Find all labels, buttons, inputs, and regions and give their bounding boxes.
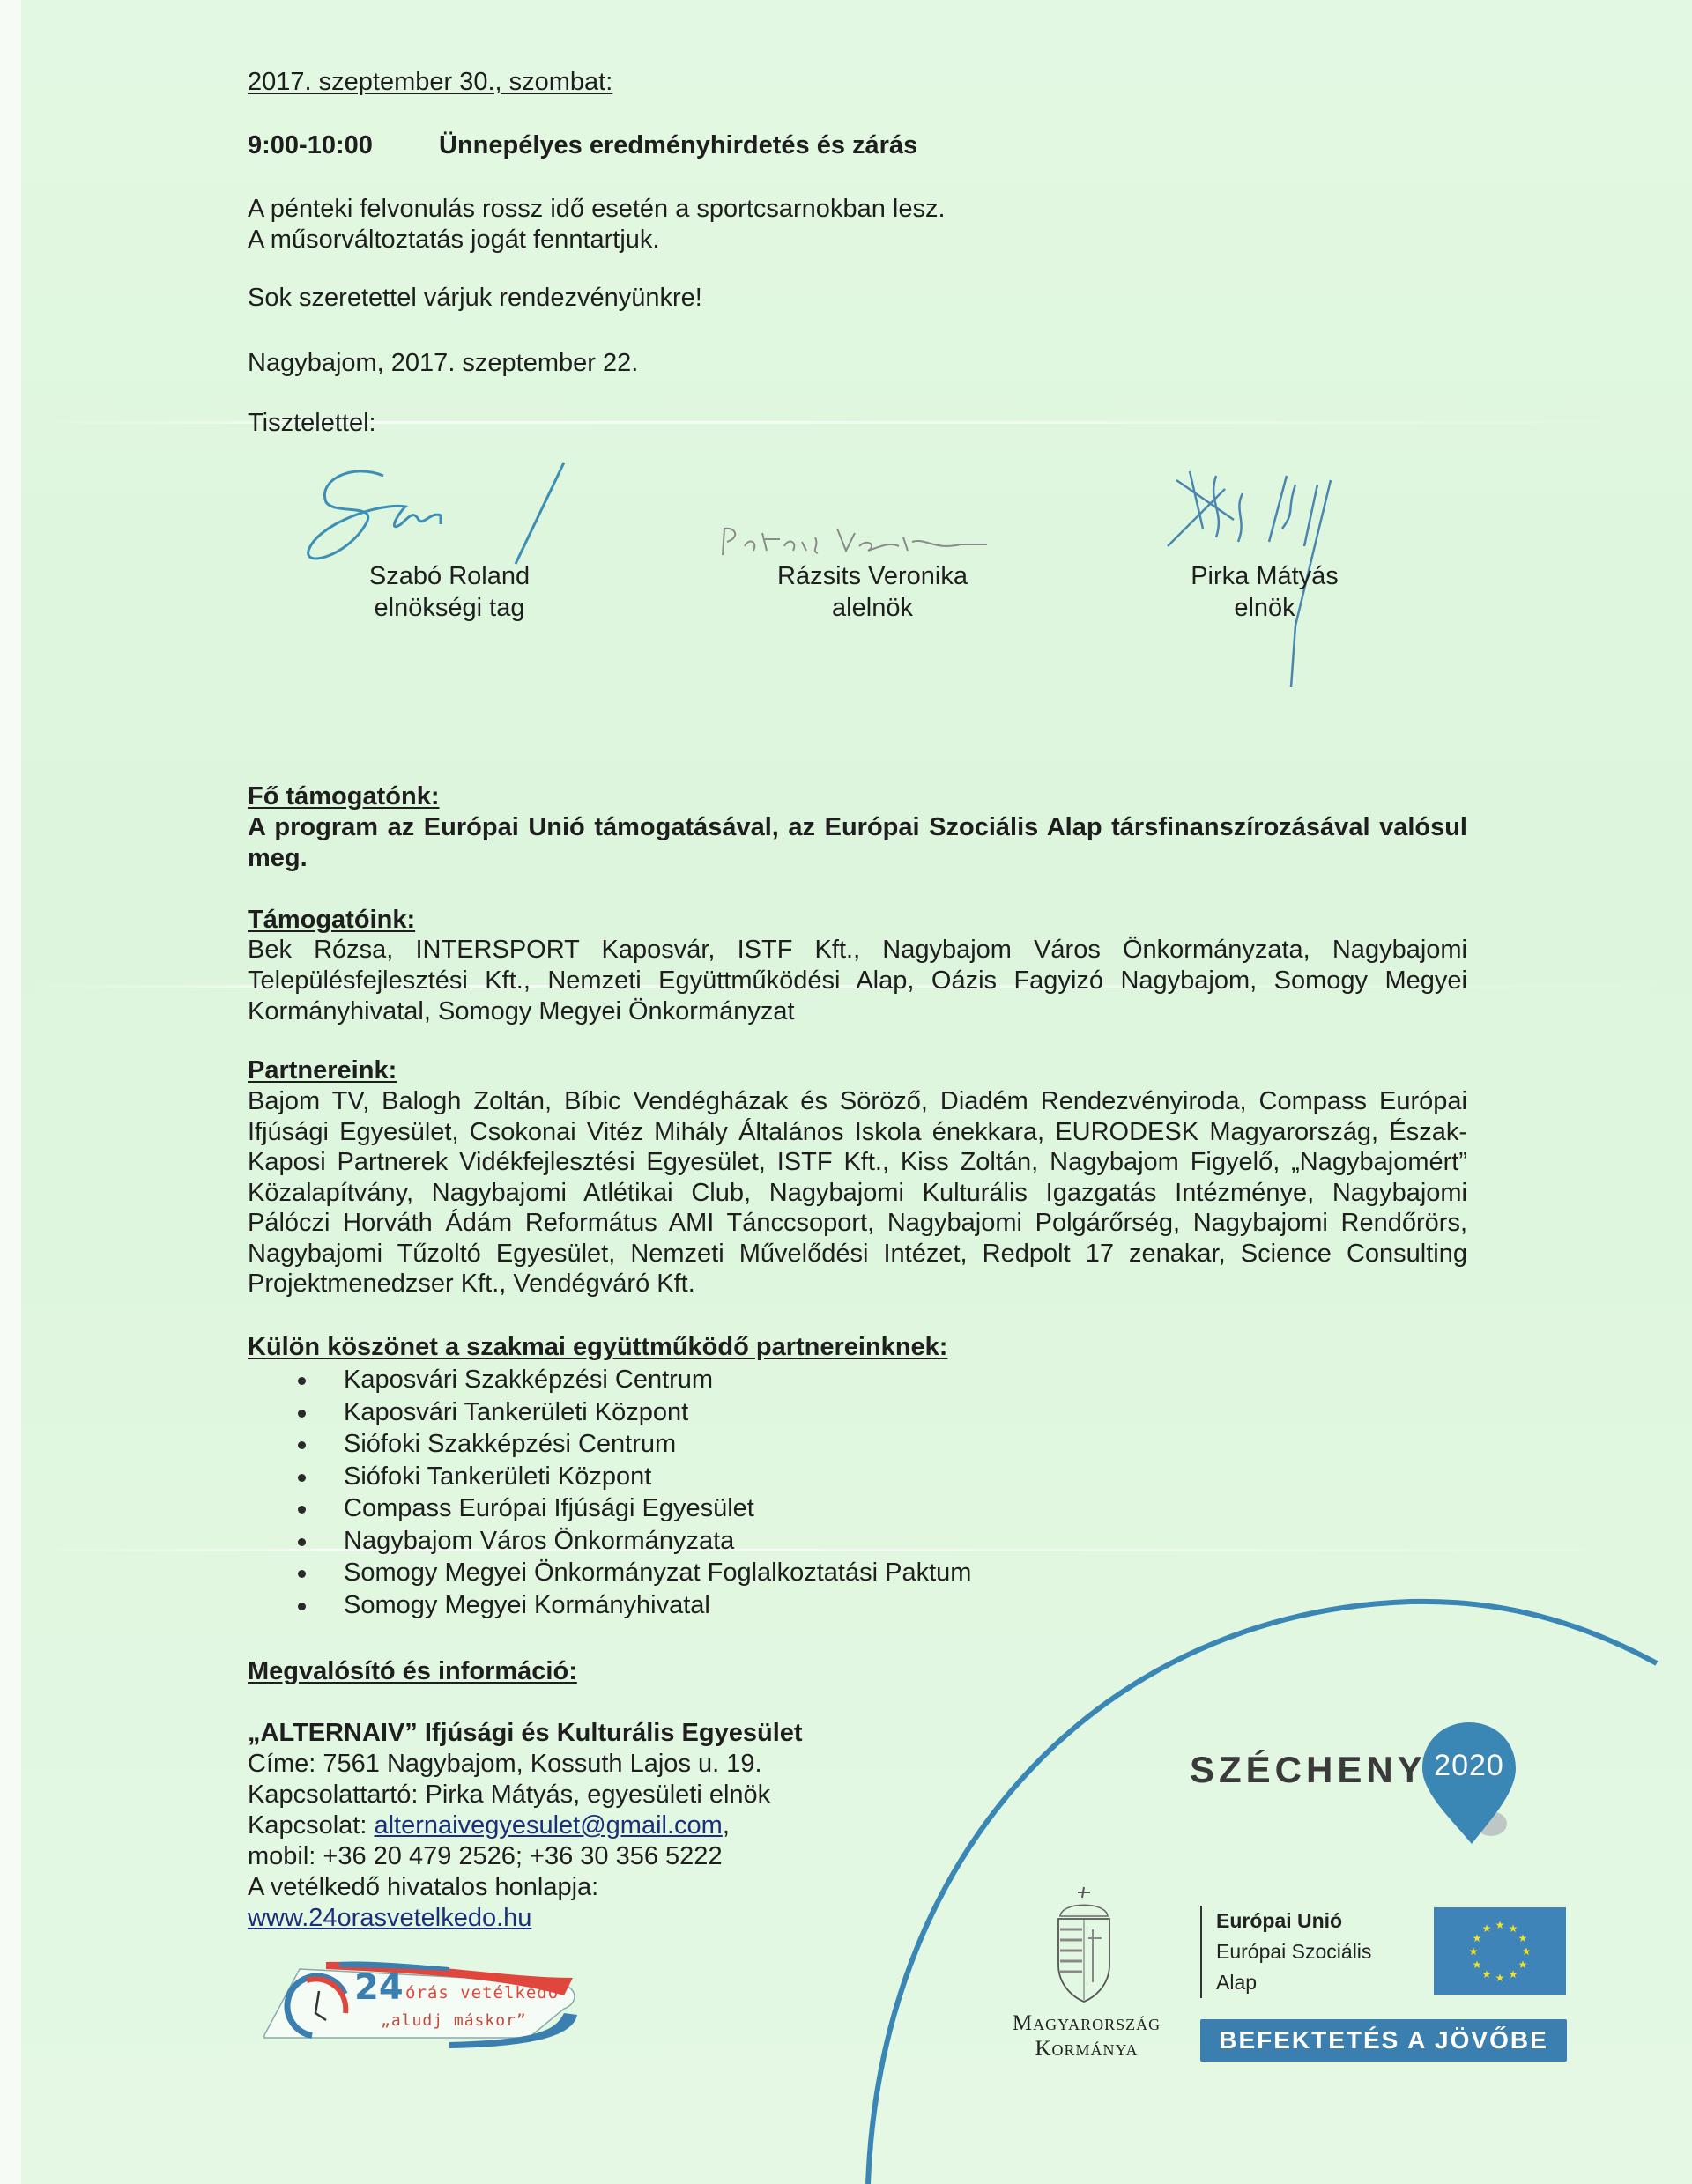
email-line: Kapcsolat: alternaivegyesulet@gmail.com, [248, 1810, 730, 1841]
list-item: Siófoki Tankerületi Központ [291, 1461, 971, 1493]
signatory-name: Rázsits Veronika [749, 560, 996, 592]
signatory-name: Szabó Roland [344, 560, 555, 592]
sponsors-heading: Támogatóink: [248, 905, 415, 936]
website-label: A vetélkedő hivatalos honlapja: [248, 1872, 598, 1903]
signatory-title: elnökségi tag [344, 592, 555, 624]
svg-text:★: ★ [1482, 1968, 1492, 1980]
signatory-name: Pirka Mátyás [1163, 560, 1366, 592]
list-item: Nagybajom Város Önkormányzata [291, 1525, 971, 1558]
org-name: „ALTERNAIV” Ifjúsági és Kulturális Egyes… [248, 1718, 803, 1749]
logo-line1: órás vetélkedő [405, 1983, 559, 2003]
scan-edge [0, 0, 21, 2184]
svg-text:★: ★ [1518, 1958, 1528, 1971]
svg-text:★: ★ [1509, 1922, 1518, 1935]
main-sponsor-heading: Fő támogatónk: [248, 781, 440, 812]
main-sponsor-text: A program az Európai Unió támogatásával,… [248, 812, 1467, 874]
list-item: Compass Európai Ifjúsági Egyesület [291, 1492, 971, 1525]
contact-heading: Megvalósító és információ: [248, 1656, 577, 1687]
address: Címe: 7561 Nagybajom, Kossuth Lajos u. 1… [248, 1749, 762, 1780]
email-suffix: , [723, 1811, 730, 1840]
government-line: Magyarország [985, 2010, 1188, 2036]
signatory-1: Szabó Roland elnökségi tag [344, 560, 555, 624]
signatory-title: alelnök [749, 592, 996, 624]
list-item: Kaposvári Szakképzési Centrum [291, 1364, 971, 1396]
partners-heading: Partnereink: [248, 1055, 397, 1086]
svg-text:★: ★ [1495, 1919, 1505, 1931]
logo-number: 24 [354, 1967, 404, 2008]
svg-text:★: ★ [1522, 1945, 1532, 1958]
eu-line: Európai Unió [1216, 1906, 1371, 1936]
signatory-title: elnök [1163, 592, 1366, 624]
coat-of-arms-icon [1053, 1885, 1115, 2004]
mobile: mobil: +36 20 479 2526; +36 30 356 5222 [248, 1841, 723, 1872]
svg-text:★: ★ [1495, 1972, 1505, 1984]
svg-text:★: ★ [1482, 1922, 1492, 1935]
slogan-banner: BEFEKTETÉS A JÖVŐBE [1200, 2019, 1567, 2062]
note-line: A pénteki felvonulás rossz idő esetén a … [248, 194, 946, 225]
svg-text:★: ★ [1469, 1945, 1479, 1958]
contact-person: Kapcsolattartó: Pirka Mátyás, egyesületi… [248, 1780, 770, 1810]
eu-flag-icon: ★★★★★★★★★★★★ [1434, 1907, 1566, 1995]
date-heading: 2017. szeptember 30., szombat: [248, 67, 612, 98]
szechenyi-year: 2020 [1421, 1749, 1518, 1783]
eu-fund-label: Európai Unió Európai Szociális Alap [1200, 1906, 1371, 1998]
signature-razsits [714, 520, 996, 564]
note-line: A műsorváltoztatás jogát fenntartjuk. [248, 225, 659, 255]
schedule-event: Ünnepélyes eredményhirdetés és zárás [439, 130, 917, 161]
eu-stars-icon: ★★★★★★★★★★★★ [1434, 1907, 1566, 1995]
signature-szabo [300, 454, 590, 577]
decorative-arc [846, 1577, 1692, 2184]
svg-text:★: ★ [1473, 1958, 1482, 1971]
event-logo: 24 órás vetélkedő „aludj máskor” [238, 1951, 590, 2048]
signatory-2: Rázsits Veronika alelnök [749, 560, 996, 624]
svg-text:★: ★ [1509, 1968, 1518, 1980]
closing: Tisztelettel: [248, 408, 376, 439]
place-date: Nagybajom, 2017. szeptember 22. [248, 348, 638, 379]
eu-line: Európai Szociális [1216, 1936, 1371, 1967]
location-pin-icon [1421, 1722, 1518, 1846]
svg-text:★: ★ [1473, 1932, 1482, 1944]
list-item: Siófoki Szakképzési Centrum [291, 1428, 971, 1461]
eu-line: Alap [1216, 1967, 1371, 1998]
welcome-text: Sok szeretettel várjuk rendezvényünkre! [248, 283, 702, 314]
schedule-time: 9:00-10:00 [248, 130, 373, 161]
email-link[interactable]: alternaivegyesulet@gmail.com [374, 1811, 722, 1840]
svg-text:★: ★ [1518, 1932, 1528, 1944]
email-label: Kapcsolat: [248, 1811, 374, 1840]
partners-text: Bajom TV, Balogh Zoltán, Bíbic Vendégház… [248, 1086, 1467, 1299]
government-label: Magyarország Kormánya [985, 2010, 1188, 2062]
thanks-heading: Külön köszönet a szakmai együttműködő pa… [248, 1332, 947, 1363]
signatory-3: Pirka Mátyás elnök [1163, 560, 1366, 624]
szechenyi-logo-text: SZÉCHENYI [1190, 1749, 1441, 1791]
list-item: Kaposvári Tankerületi Központ [291, 1396, 971, 1429]
logo-line2: „aludj máskor” [381, 2011, 527, 2030]
government-line: Kormánya [985, 2036, 1188, 2062]
website-link[interactable]: www.24orasvetelkedo.hu [248, 1903, 531, 1934]
sponsors-text: Bek Rózsa, INTERSPORT Kaposvár, ISTF Kft… [248, 935, 1467, 1027]
